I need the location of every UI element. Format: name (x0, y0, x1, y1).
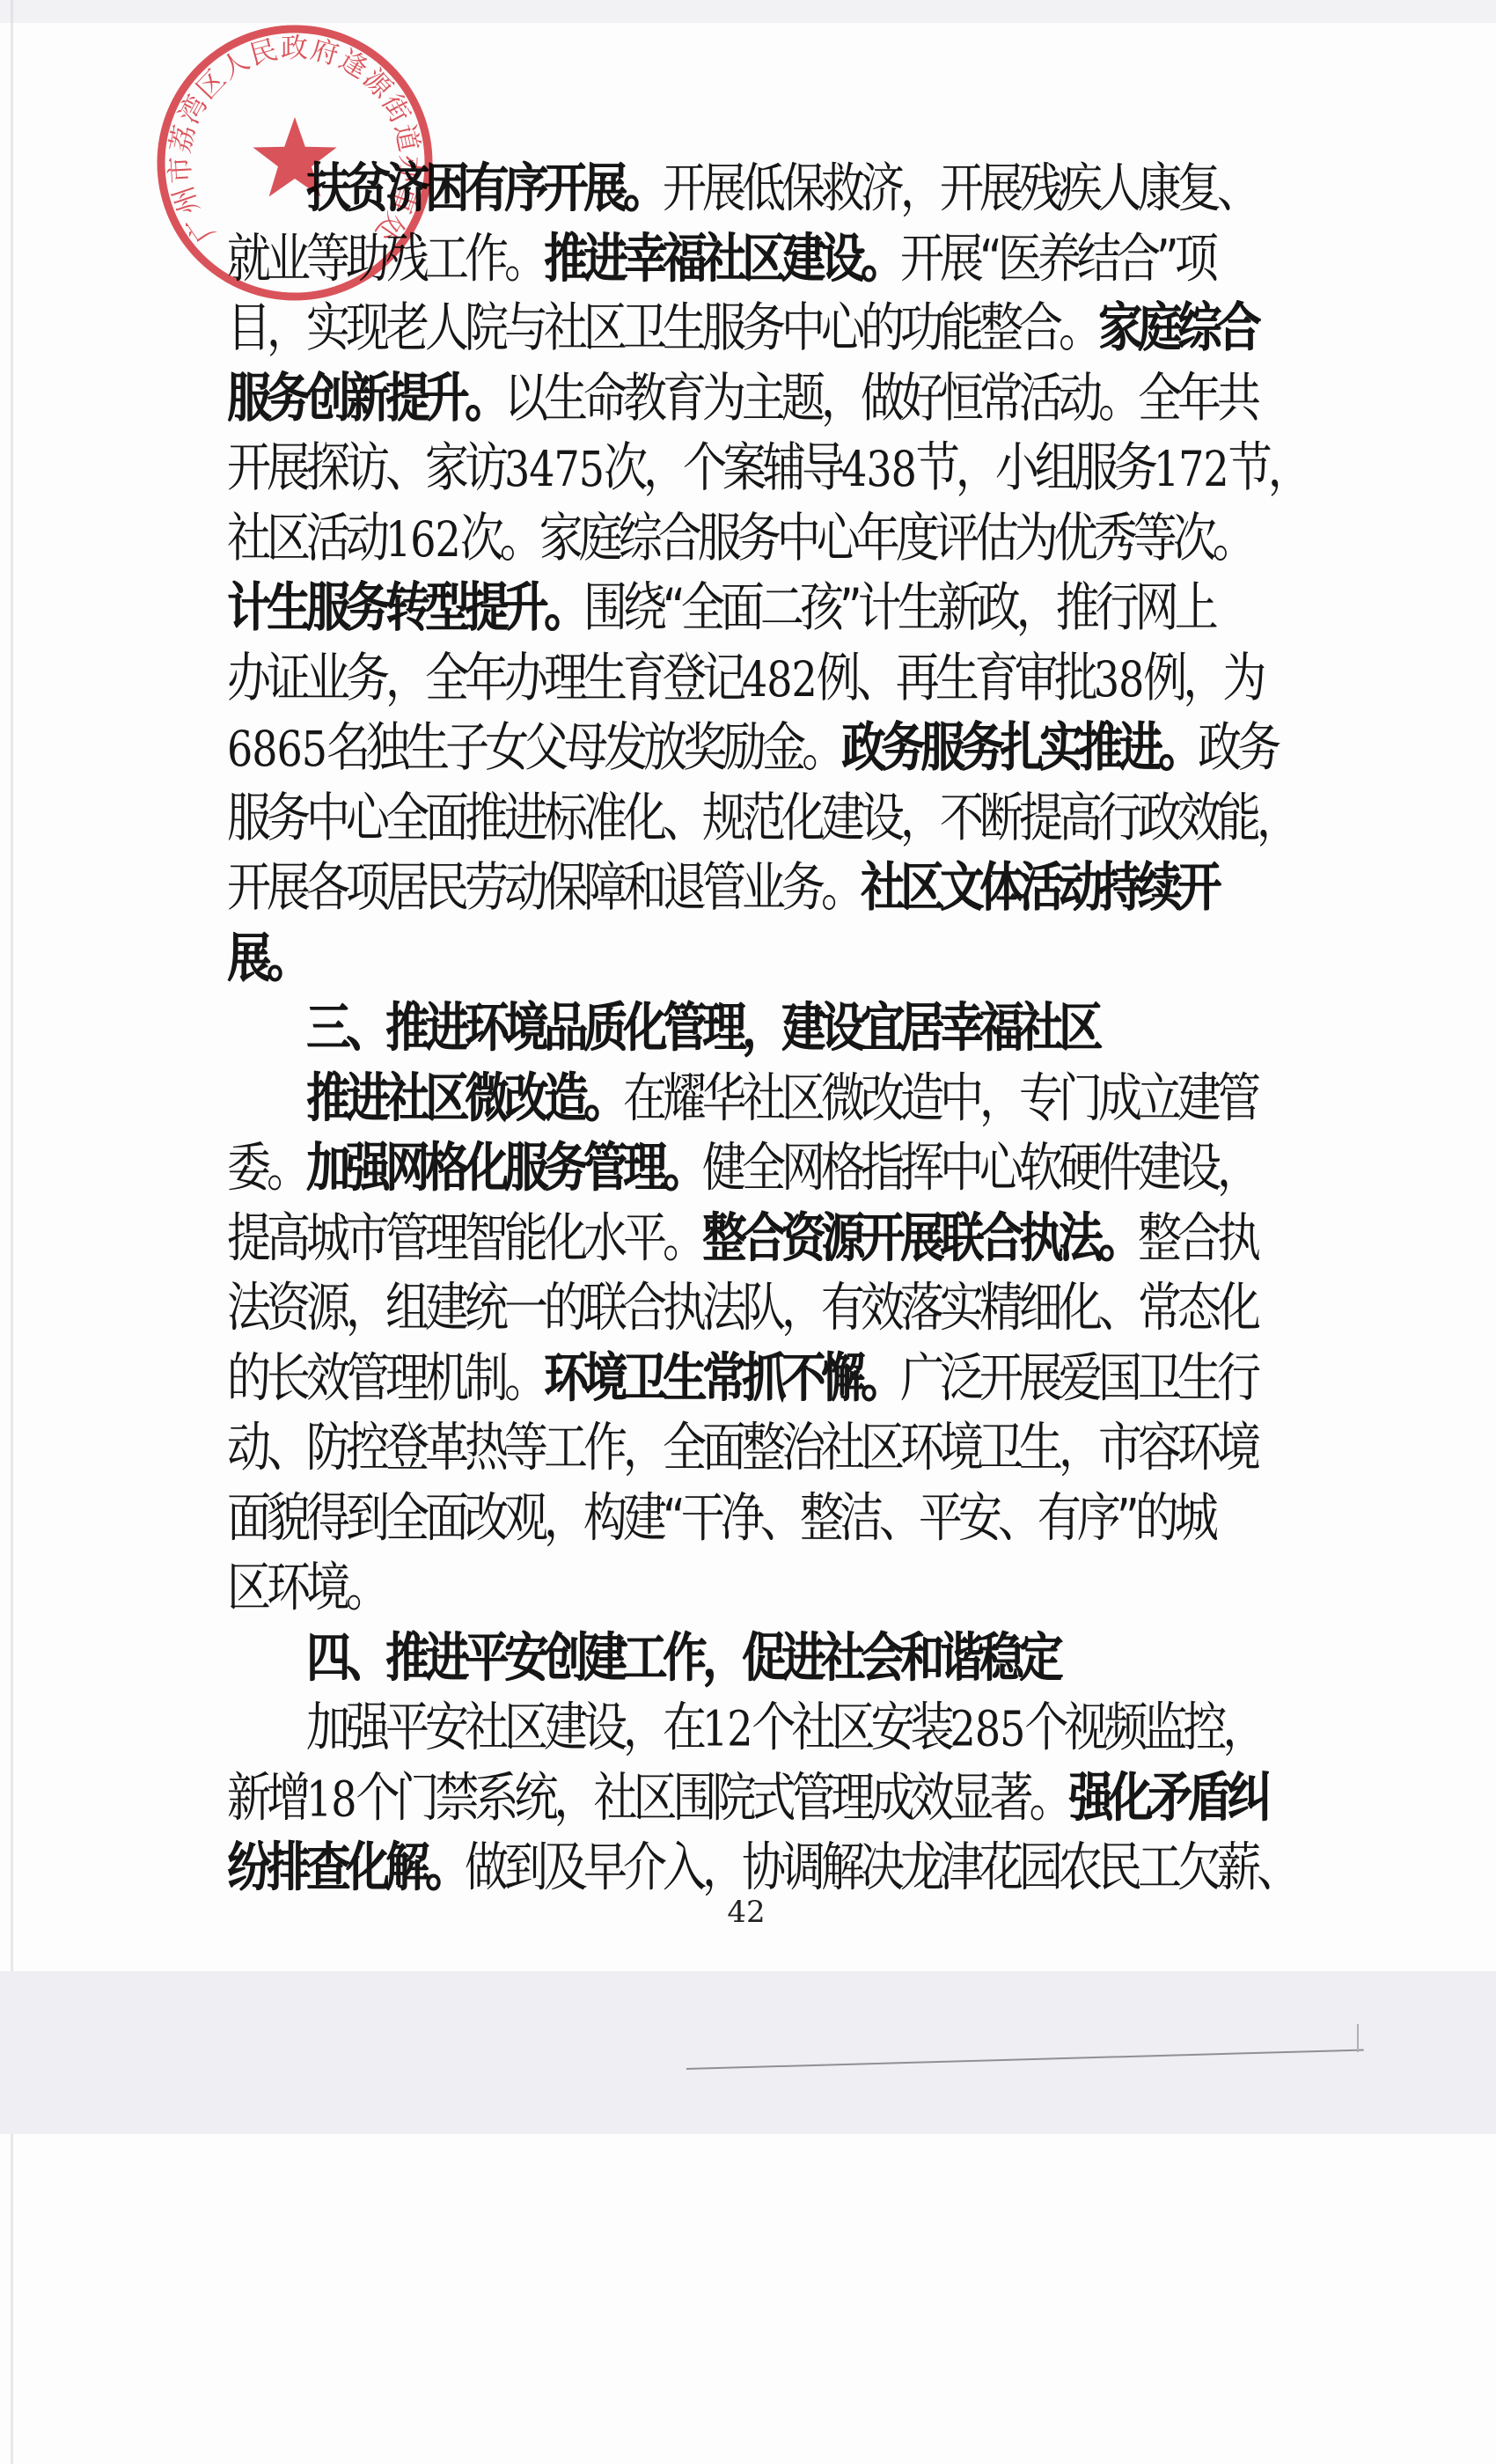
text-segment: 整合执 (1138, 1207, 1257, 1269)
text-segment: 四、推进平安创建工作，促进社会和谐稳定 (306, 1627, 1059, 1689)
paper-corner-tick (1357, 2024, 1359, 2052)
text-segment: 开展“医养结合”项 (900, 228, 1214, 290)
text-segment: 推进幸福社区建设。 (544, 228, 900, 290)
text-segment: 纷排查化解。 (227, 1837, 465, 1898)
text-segment: 目，实现老人院与社区卫生服务中心的功能整合。 (227, 297, 1098, 359)
text-segment: 围绕“全面二孩”计生新政，推行网上 (583, 577, 1214, 639)
text-segment: 强化矛盾纠 (1069, 1767, 1267, 1829)
text-segment: 广泛开展爱国卫生行 (900, 1347, 1257, 1409)
text-segment: 展。 (227, 928, 306, 989)
text-segment: 6865名独生子女父母发放奖励金。 (227, 717, 841, 779)
text-segment: 计生服务转型提升。 (227, 577, 583, 639)
text-segment: 新增18个门禁系统，社区围院式管理成效显著。 (227, 1767, 1069, 1829)
text-segment: 的长效管理机制。 (227, 1347, 544, 1409)
text-segment: 社区文体活动持续开 (861, 857, 1217, 919)
text-segment: 面貌得到全面改观，构建“干净、整洁、平安、有序”的城 (227, 1487, 1214, 1549)
text-segment: 三、推进环境品质化管理，建设宜居幸福社区 (306, 997, 1098, 1059)
text-segment: 整合资源开展联合执法。 (702, 1207, 1138, 1269)
text-segment: 开展低保救济，开展残疾人康复、 (663, 158, 1257, 219)
text-segment: 政务 (1198, 717, 1277, 779)
text-segment: 开展探访、家访3475次，个案辅导438节，小组服务172节， (227, 437, 1308, 499)
page-number: 42 (227, 1894, 1265, 1931)
text-segment: 加强平安社区建设，在12个社区安装285个视频监控， (306, 1697, 1262, 1758)
text-segment: 加强网格化服务管理。 (306, 1137, 702, 1199)
text-segment: 法资源，组建统一的联合执法队，有效落实精细化、常态化 (227, 1277, 1257, 1338)
document-body: 扶贫济困有序开展。开展低保救济，开展残疾人康复、就业等助残工作。推进幸福社区建设… (227, 154, 1292, 1903)
text-segment: 办证业务，全年办理生育登记482例、再生育审批38例，为 (227, 648, 1262, 709)
text-segment: 家庭综合 (1098, 297, 1257, 359)
text-segment: 就业等助残工作。 (227, 228, 544, 290)
text-segment: 服务创新提升。 (227, 368, 504, 429)
text-segment: 社区活动162次。家庭综合服务中心年度评估为优秀等次。 (227, 508, 1252, 569)
text-segment: 服务中心全面推进标准化、规范化建设，不断提高行政效能， (227, 788, 1296, 849)
text-segment: 扶贫济困有序开展。 (306, 158, 663, 219)
text-segment: 区环境。 (227, 1557, 385, 1618)
text-segment: 以生命教育为主题，做好恒常活动。全年共 (504, 368, 1257, 429)
text-segment: 政务服务扎实推进。 (841, 717, 1198, 779)
text-segment: 推进社区微改造。 (306, 1067, 623, 1129)
text-segment: 开展各项居民劳动保障和退管业务。 (227, 857, 861, 919)
scanned-document-page: 扶贫济困有序开展。开展低保救济，开展残疾人康复、就业等助残工作。推进幸福社区建设… (0, 0, 1496, 2464)
text-segment: 做到及早介入，协调解决龙津花园农民工欠薪、 (465, 1837, 1296, 1898)
text-segment: 健全网格指挥中心软硬件建设， (702, 1137, 1257, 1199)
text-segment: 委。 (227, 1137, 306, 1199)
text-segment: 在耀华社区微改造中，专门成立建管 (623, 1067, 1257, 1129)
text-segment: 环境卫生常抓不懈。 (544, 1347, 900, 1409)
text-segment: 提高城市管理智能化水平。 (227, 1207, 702, 1269)
scan-artifact-top-band (0, 0, 1496, 23)
text-segment: 动、防控登革热等工作，全面整治社区环境卫生，市容环境 (227, 1417, 1257, 1478)
